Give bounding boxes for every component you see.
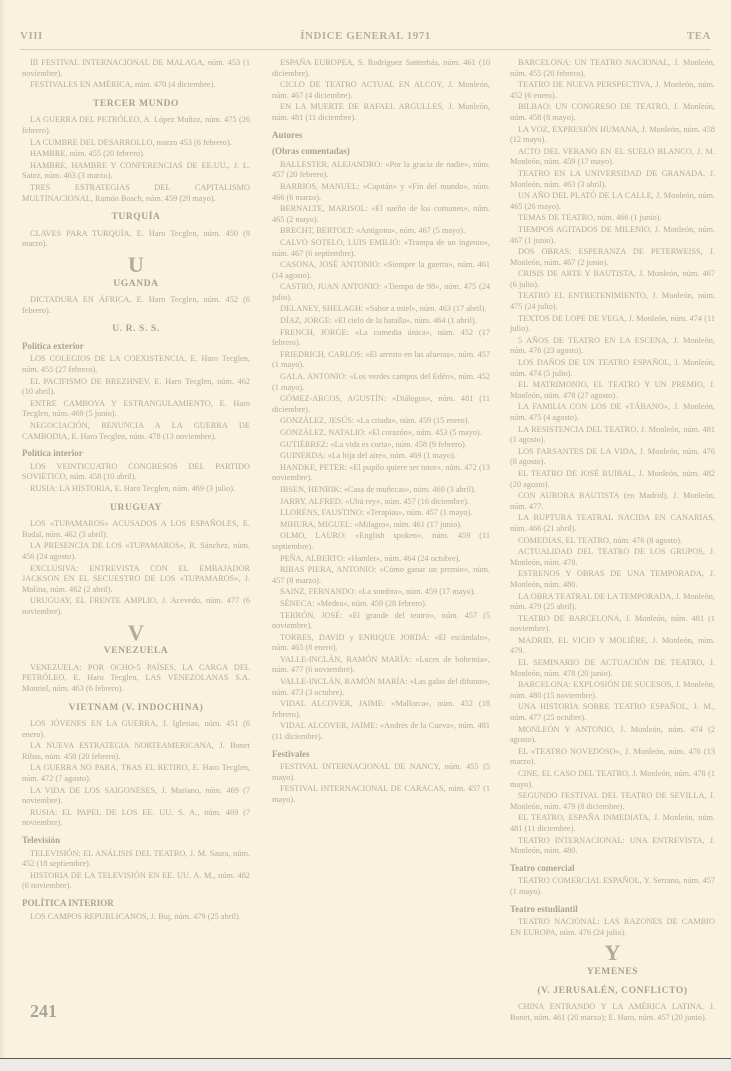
index-entry: LOS COLEGIOS DE LA COEXISTENCIA, E. Haro… [22, 354, 250, 375]
section-heading: VIETNAM (V. INDOCHINA) [22, 703, 250, 714]
index-entry: LA VIDA DE LOS SAIGONESES, J. Mariano, n… [22, 786, 250, 807]
index-entry: LA CUMBRE DEL DESARROLLO, marzo 453 (6 f… [22, 138, 250, 149]
scan-bottom-edge [0, 1058, 731, 1071]
index-entry: BARRIOS, MANUEL: «Capitán» y «Fin del mu… [272, 182, 490, 203]
index-entry: FESTIVAL INTERNACIONAL DE NANCY, núm. 45… [272, 762, 490, 783]
index-entry: VIDAL ALCOVER, JAIME: «Mallorca», núm. 4… [272, 699, 490, 720]
index-entry: SAINZ, FERNANDO: «La sombra», núm. 459 (… [272, 587, 490, 598]
index-entry: TEXTOS DE LOPE DE VEGA, J. Monleón, núm.… [510, 314, 715, 335]
column-left: III FESTIVAL INTERNACIONAL DE MALAGA, nú… [22, 58, 250, 923]
index-entry: TEATRO NACIONAL: LAS RAZONES DE CAMBIO E… [510, 917, 715, 938]
index-entry: CHINA ENTRANDO Y LA AMÉRICA LATINA, J. B… [510, 1002, 715, 1023]
index-entry: FRENCH, JORGE: «La comedia única», núm. … [272, 328, 490, 349]
index-entry: TEATRO EN LA UNIVERSIDAD DE GRANADA, J. … [510, 169, 715, 190]
column-middle: ESPAÑA EUROPEA, S. Rodríguez Santerbás, … [272, 58, 490, 807]
index-entry: TEATRO COMERCIAL ESPAÑOL, Y. Serrano, nú… [510, 876, 715, 897]
index-entry: HISTORIA DE LA TELEVISIÓN EN EE. UU. A. … [22, 871, 250, 892]
index-entry: TRES ESTRATEGIAS DEL CAPITALISMO MULTINA… [22, 183, 250, 204]
index-entry: CINE, EL CASO DEL TEATRO, J. Monleón, nú… [510, 769, 715, 790]
section-heading: TURQUÍA [22, 212, 250, 223]
subsection-heading: Política interior [22, 448, 250, 459]
index-entry: RUSIA: EL PAPEL DE LOS EE. UU. S. A., nú… [22, 808, 250, 829]
index-entry: CRISIS DE ARTE Y BAUTISTA, J. Monleón, n… [510, 269, 715, 290]
index-entry: LOS DAÑOS DE UN TEATRO ESPAÑOL, J. Monle… [510, 358, 715, 379]
subsection-heading: Política exterior [22, 341, 250, 352]
index-entry: LOS CAMPOS REPUBLICANOS, J. Buj, núm. 47… [22, 912, 250, 923]
letter-divider: Y [510, 948, 715, 959]
index-entry: TEATRO DE BARCELONA, J. Monleón, núm. 48… [510, 614, 715, 635]
page-edge-shadow [0, 0, 6, 1058]
index-entry: GUTIÉRREZ: «La vida es corta», núm. 458 … [272, 440, 490, 451]
header-right: TEA [687, 30, 711, 42]
index-entry: GALA, ANTONIO: «Los verdes campos del Ed… [272, 372, 490, 393]
index-entry: RUSIA: LA HISTORIA, E. Haro Tecglen, núm… [22, 484, 250, 495]
header-rule [20, 49, 711, 50]
index-entry: LA PRESENCIA DE LOS «TUPAMAROS», R. Sánc… [22, 541, 250, 562]
index-entry: EN LA MUERTE DE RAFAEL ARGULLES, J. Monl… [272, 102, 490, 123]
index-entry: TORRES, DAVID y ENRIQUE JORDÁ: «El escán… [272, 633, 490, 654]
index-entry: DOS OBRAS: ESPERANZA DE PETERWEISS, J. M… [510, 247, 715, 268]
subsection-heading: Autores [272, 130, 490, 141]
index-entry: EL «TEATRO NOVEDOSO», J. Monleón, núm. 4… [510, 747, 715, 768]
index-entry: LOS FARSANTES DE LA VIDA, J. Monleón, nú… [510, 447, 715, 468]
index-entry: BILBAO: UN CONGRESO DE TEATRO, J. Monleó… [510, 102, 715, 123]
index-entry: PEÑA, ALBERTO: «Hamlet», núm. 464 (24 oc… [272, 554, 490, 565]
index-entry: OLMO, LAURO: «English spoken», núm. 459 … [272, 531, 490, 552]
index-entry: LA NUEVA ESTRATEGIA NORTEAMERICANA, J. B… [22, 741, 250, 762]
index-entry: JARRY, ALFRED: «Ubú rey», núm. 457 (16 d… [272, 497, 490, 508]
index-entry: EL MATRIMONIO, EL TEATRO Y UN PREMIO, J.… [510, 380, 715, 401]
index-entry: LOS VEINTICUATRO CONGRESOS DEL PARTIDO S… [22, 462, 250, 483]
index-entry: TEATRO INTERNACIONAL: UNA ENTREVISTA, J.… [510, 836, 715, 857]
index-entry: VALLE-INCLÁN, RAMÓN MARÍA: «Luces de boh… [272, 655, 490, 676]
index-entry: ENTRE CAMBOYA Y ESTRANGULAMIENTO, E. Har… [22, 399, 250, 420]
section-heading: UGANDA [22, 279, 250, 290]
index-entry: MONLEÓN Y ANTONIO, J. Monleón, núm. 474 … [510, 725, 715, 746]
index-entry: LA GUERRA NO PARA, TRAS EL RETIRO, E. Ha… [22, 763, 250, 784]
index-entry: TEATRO EL ENTRETENIMIENTO, J. Monleón, n… [510, 291, 715, 312]
index-entry: ESTRENOS Y OBRAS DE UNA TEMPORADA, J. Mo… [510, 569, 715, 590]
index-entry: SÉNECA: «Medea», núm. 459 (28 febrero). [272, 599, 490, 610]
index-entry: GÓMEZ-ARCOS, AGUSTÍN: «Diálogos», núm. 4… [272, 394, 490, 415]
index-entry: LOS JÓVENES EN LA GUERRA, J. Iglesias, n… [22, 719, 250, 740]
index-entry: TELEVISIÓN: EL ANÁLISIS DEL TEATRO, J. M… [22, 849, 250, 870]
index-entry: FRIEDRICH, CARLOS: «El arresto en las af… [272, 350, 490, 371]
subsection-heading: Teatro comercial [510, 863, 715, 874]
section-heading: U. R. S. S. [22, 324, 250, 335]
index-entry: 5 AÑOS DE TEATRO EN LA ESCENA, J. Monleó… [510, 336, 715, 357]
section-heading: (V. JERUSALÉN, CONFLICTO) [510, 986, 715, 997]
letter-divider: U [22, 260, 250, 271]
index-entry: EL TEATRO, ESPAÑA INMEDIATA, J. Monleón,… [510, 813, 715, 834]
subsection-heading: Festivales [272, 749, 490, 760]
index-entry: CON AURORA BAUTISTA (en Madrid), J. Monl… [510, 491, 715, 512]
index-entry: LLORÉNS, FAUSTINO: «Terapias», núm. 457 … [272, 508, 490, 519]
index-entry: CLAVES PARA TURQUÍA, E. Haro Tecglen, nú… [22, 229, 250, 250]
index-entry: FESTIVAL INTERNACIONAL DE CARACAS, núm. … [272, 784, 490, 805]
index-entry: LA RESISTENCIA DEL TEATRO, J. Monleón, n… [510, 425, 715, 446]
index-entry: LA VOZ, EXPRESIÓN HUMANA, J. Monleón, nú… [510, 125, 715, 146]
index-entry: CASTRO, JUAN ANTONIO: «Tiempo de 98», nú… [272, 282, 490, 303]
index-entry: DICTADURA EN ÁFRICA, E. Haro Tecglen, nú… [22, 295, 250, 316]
index-entry: URUGUAY, EL FRENTE AMPLIO, J. Acevedo, n… [22, 596, 250, 617]
index-entry: CASONA, JOSÉ ANTONIO: «Siempre la guerra… [272, 260, 490, 281]
index-entry: VENEZUELA: POR OCHO-5 PAÍSES, LA CARGA D… [22, 663, 250, 695]
index-entry: HAMBRE, núm. 455 (20 febrero). [22, 149, 250, 160]
index-entry: BRECHT, BERTOLT: «Antígona», núm. 467 (5… [272, 226, 490, 237]
index-entry: DÍAZ, JORGE: «El cielo de la batalla», n… [272, 316, 490, 327]
page-number: 241 [30, 1001, 57, 1022]
index-entry: VALLE-INCLÁN, RAMÓN MARÍA: «Las galas de… [272, 677, 490, 698]
index-entry: ESPAÑA EUROPEA, S. Rodríguez Santerbás, … [272, 58, 490, 79]
subsection-heading: Teatro estudiantil [510, 904, 715, 915]
index-entry: BARCELONA: EXPLOSIÓN DE SUCESOS, J. Monl… [510, 680, 715, 701]
section-heading: URUGUAY [22, 503, 250, 514]
index-entry: RIBAS PIERA, ANTONIO: «Cómo ganar un pre… [272, 565, 490, 586]
index-entry: COMEDIAS, EL TEATRO, núm. 476 (8 agosto)… [510, 536, 715, 547]
index-entry: HAMBRE, HAMBRE Y CONFERENCIAS DE EE.UU.,… [22, 161, 250, 182]
index-entry: III FESTIVAL INTERNACIONAL DE MALAGA, nú… [22, 58, 250, 79]
index-entry: LA FAMILIA CON LOS DE «TÁBANO», J. Monle… [510, 402, 715, 423]
index-entry: SEGUNDO FESTIVAL DEL TEATRO DE SEVILLA, … [510, 791, 715, 812]
index-entry: ACTUALIDAD DEL TEATRO DE LOS GRUPOS, J. … [510, 547, 715, 568]
index-entry: EL PACIFISMO DE BREZHNEV, E. Haro Tecgle… [22, 377, 250, 398]
index-entry: ACTO DEL VERANO EN EL SUELO BLANCO, J. M… [510, 147, 715, 168]
index-entry: LOS «TUPAMAROS» ACUSADOS A LOS ESPAÑOLES… [22, 519, 250, 540]
index-entry: BALLESTER, ALEJANDRO: «Por la gracia de … [272, 160, 490, 181]
index-entry: TERRÓN, JOSÉ: «El grande del teatro», nú… [272, 611, 490, 632]
index-entry: EXCLUSIVA: ENTREVISTA CON EL EMBAJADOR J… [22, 564, 250, 596]
column-right: BARCELONA: UN TEATRO NACIONAL, J. Monleó… [510, 58, 715, 1024]
index-entry: GONZÁLEZ, NATALIO: «El corazón», núm. 45… [272, 428, 490, 439]
section-heading: YEMENES [510, 967, 715, 978]
index-entry: EL SEMINARIO DE ACTUACIÓN DE TEATRO, J. … [510, 658, 715, 679]
index-entry: CALVO SOTELO, LUIS EMILIO: «Trampa de un… [272, 238, 490, 259]
index-entry: EL TEATRO DE JOSÉ RUIBAL, J. Monleón, nú… [510, 469, 715, 490]
letter-divider: V [22, 628, 250, 639]
index-entry: HANDKE, PETER: «El pupilo quiere ser tut… [272, 463, 490, 484]
index-entry: UNA HISTORIA SOBRE TEATRO ESPAÑOL, J. M.… [510, 702, 715, 723]
index-entry: BERNALTE, MARISOL: «El sueño de los comu… [272, 204, 490, 225]
index-entry: LA RUPTURA TEATRAL NACIDA EN CANARIAS, n… [510, 513, 715, 534]
index-entry: GONZÁLEZ, JESÚS: «La criada», núm. 459 (… [272, 416, 490, 427]
subsection-heading: Televisión [22, 835, 250, 846]
index-entry: LA OBRA TEATRAL DE LA TEMPORADA, J. Monl… [510, 592, 715, 613]
index-entry: TEATRO DE NUEVA PERSPECTIVA, J. Monleón,… [510, 80, 715, 101]
subsection-heading: (Obras comentadas) [272, 146, 490, 157]
index-entry: GUINERDA: «La hija del aire», núm. 469 (… [272, 451, 490, 462]
section-heading: TERCER MUNDO [22, 99, 250, 110]
index-entry: BARCELONA: UN TEATRO NACIONAL, J. Monleó… [510, 58, 715, 79]
index-entry: NEGOCIACIÓN, RENUNCIA A LA GUERRA DE CAM… [22, 421, 250, 442]
header-title: ÍNDICE GENERAL 1971 [20, 30, 711, 42]
index-entry: TEMAS DE TEATRO, núm. 466 (1 junio). [510, 213, 715, 224]
subsection-heading: POLÍTICA INTERIOR [22, 898, 250, 909]
index-entry: LA GUERRA DEL PETRÓLEO, A. López Muñoz, … [22, 115, 250, 136]
section-heading: VENEZUELA [22, 646, 250, 657]
index-entry: MIHURA, MIGUEL: «Milagro», núm. 461 (17 … [272, 520, 490, 531]
index-entry: CICLO DE TEATRO ACTUAL EN ALCOY, J. Monl… [272, 80, 490, 101]
index-entry: VIDAL ALCOVER, JAIME: «Andrés de la Cuev… [272, 721, 490, 742]
index-entry: IBSEN, HENRIK: «Casa de muñecas», núm. 4… [272, 485, 490, 496]
index-entry: FESTIVALES EN AMÉRICA, núm. 470 (4 dicie… [22, 80, 250, 91]
index-entry: DELANEY, SHELAGH: «Sabor a miel», núm. 4… [272, 304, 490, 315]
index-entry: MADRID, EL VICIO Y MOLIÈRE, J. Monleón, … [510, 636, 715, 657]
running-header: VIII ÍNDICE GENERAL 1971 TEA [20, 30, 711, 46]
index-entry: UN AÑO DEL PLATÓ DE LA CALLE, J. Monleón… [510, 191, 715, 212]
index-entry: TIEMPOS AGITADOS DE MILENIO, J. Monleón,… [510, 225, 715, 246]
